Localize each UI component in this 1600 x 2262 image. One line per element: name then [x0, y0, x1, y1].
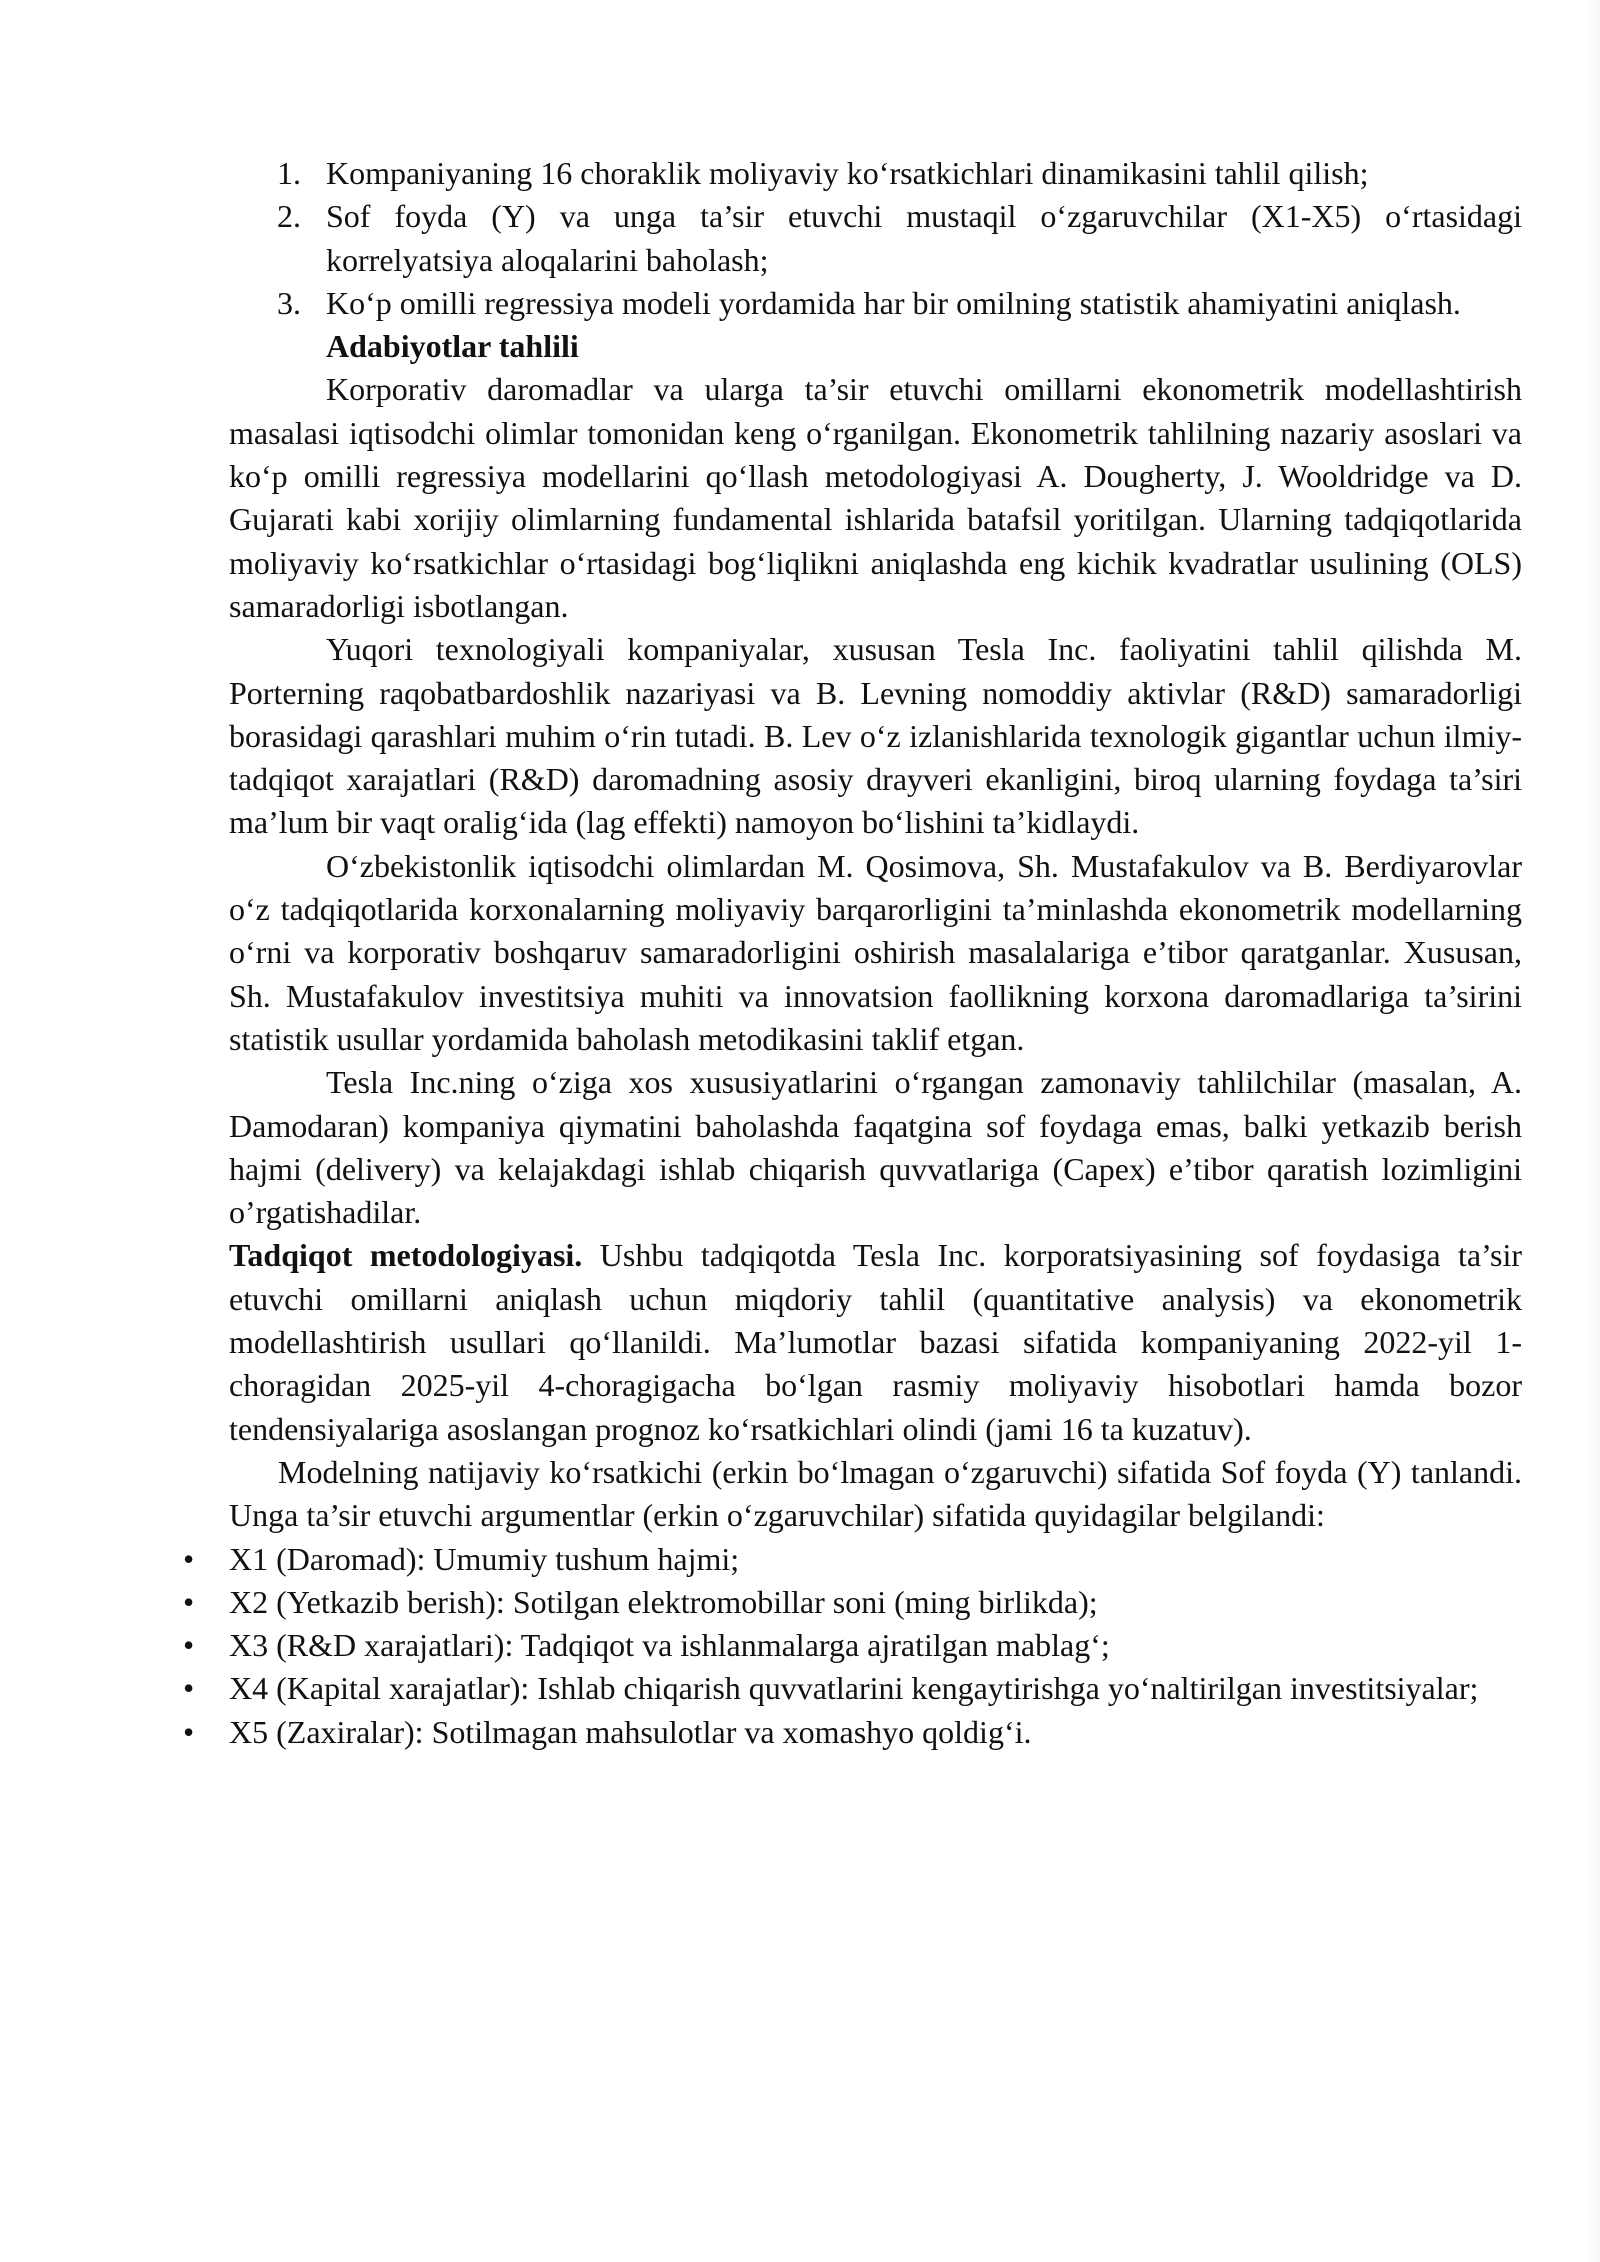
bullet-icon: •	[183, 1538, 194, 1581]
list-item-text: Sof foyda (Y) va unga ta’sir etuvchi mus…	[326, 198, 1522, 277]
section-heading-literature: Adabiyotlar tahlili	[229, 325, 1522, 368]
list-item: •X4 (Kapital xarajatlar): Ishlab chiqari…	[229, 1667, 1522, 1710]
list-item: •X2 (Yetkazib berish): Sotilgan elektrom…	[229, 1581, 1522, 1624]
list-item: •X5 (Zaxiralar): Sotilmagan mahsulotlar …	[229, 1711, 1522, 1754]
list-item-text: X2 (Yetkazib berish): Sotilgan elektromo…	[229, 1584, 1098, 1620]
list-item-text: X1 (Daromad): Umumiy tushum hajmi;	[229, 1541, 739, 1577]
bullet-icon: •	[183, 1624, 194, 1667]
paragraph: Tesla Inc.ning o‘ziga xos xususiyatlarin…	[229, 1061, 1522, 1234]
page-edge-shadow	[1588, 0, 1600, 2262]
paragraph: Yuqori texnologiyali kompaniyalar, xusus…	[229, 628, 1522, 844]
list-item-text: Kompaniyaning 16 choraklik moliyaviy ko‘…	[326, 155, 1368, 191]
paragraph: Korporativ daromadlar va ularga ta’sir e…	[229, 368, 1522, 628]
list-item: 3.Ko‘p omilli regressiya modeli yordamid…	[229, 282, 1522, 325]
list-number: 1.	[277, 152, 301, 195]
list-number: 2.	[277, 195, 301, 238]
list-item-text: X3 (R&D xarajatlari): Tadqiqot va ishlan…	[229, 1627, 1110, 1663]
list-item: •X3 (R&D xarajatlari): Tadqiqot va ishla…	[229, 1624, 1522, 1667]
paragraph: O‘zbekistonlik iqtisodchi olimlardan M. …	[229, 845, 1522, 1061]
methodology-paragraph: Tadqiqot metodologiyasi. Ushbu tadqiqotd…	[229, 1234, 1522, 1450]
document-page: 1.Kompaniyaning 16 choraklik moliyaviy k…	[229, 152, 1522, 1754]
list-item: 2.Sof foyda (Y) va unga ta’sir etuvchi m…	[229, 195, 1522, 282]
list-item-text: X4 (Kapital xarajatlar): Ishlab chiqaris…	[229, 1670, 1478, 1706]
bullet-icon: •	[183, 1581, 194, 1624]
section-heading-methodology: Tadqiqot metodologiyasi.	[229, 1237, 582, 1273]
list-item-text: X5 (Zaxiralar): Sotilmagan mahsulotlar v…	[229, 1714, 1031, 1750]
list-item-text: Ko‘p omilli regressiya modeli yordamida …	[326, 285, 1461, 321]
research-goals-list: 1.Kompaniyaning 16 choraklik moliyaviy k…	[229, 152, 1522, 325]
list-item: •X1 (Daromad): Umumiy tushum hajmi;	[229, 1538, 1522, 1581]
bullet-icon: •	[183, 1711, 194, 1754]
list-number: 3.	[277, 282, 301, 325]
bullet-icon: •	[183, 1667, 194, 1710]
paragraph: Modelning natijaviy ko‘rsatkichi (erkin …	[229, 1451, 1522, 1538]
list-item: 1.Kompaniyaning 16 choraklik moliyaviy k…	[229, 152, 1522, 195]
variables-list: •X1 (Daromad): Umumiy tushum hajmi; •X2 …	[229, 1538, 1522, 1754]
